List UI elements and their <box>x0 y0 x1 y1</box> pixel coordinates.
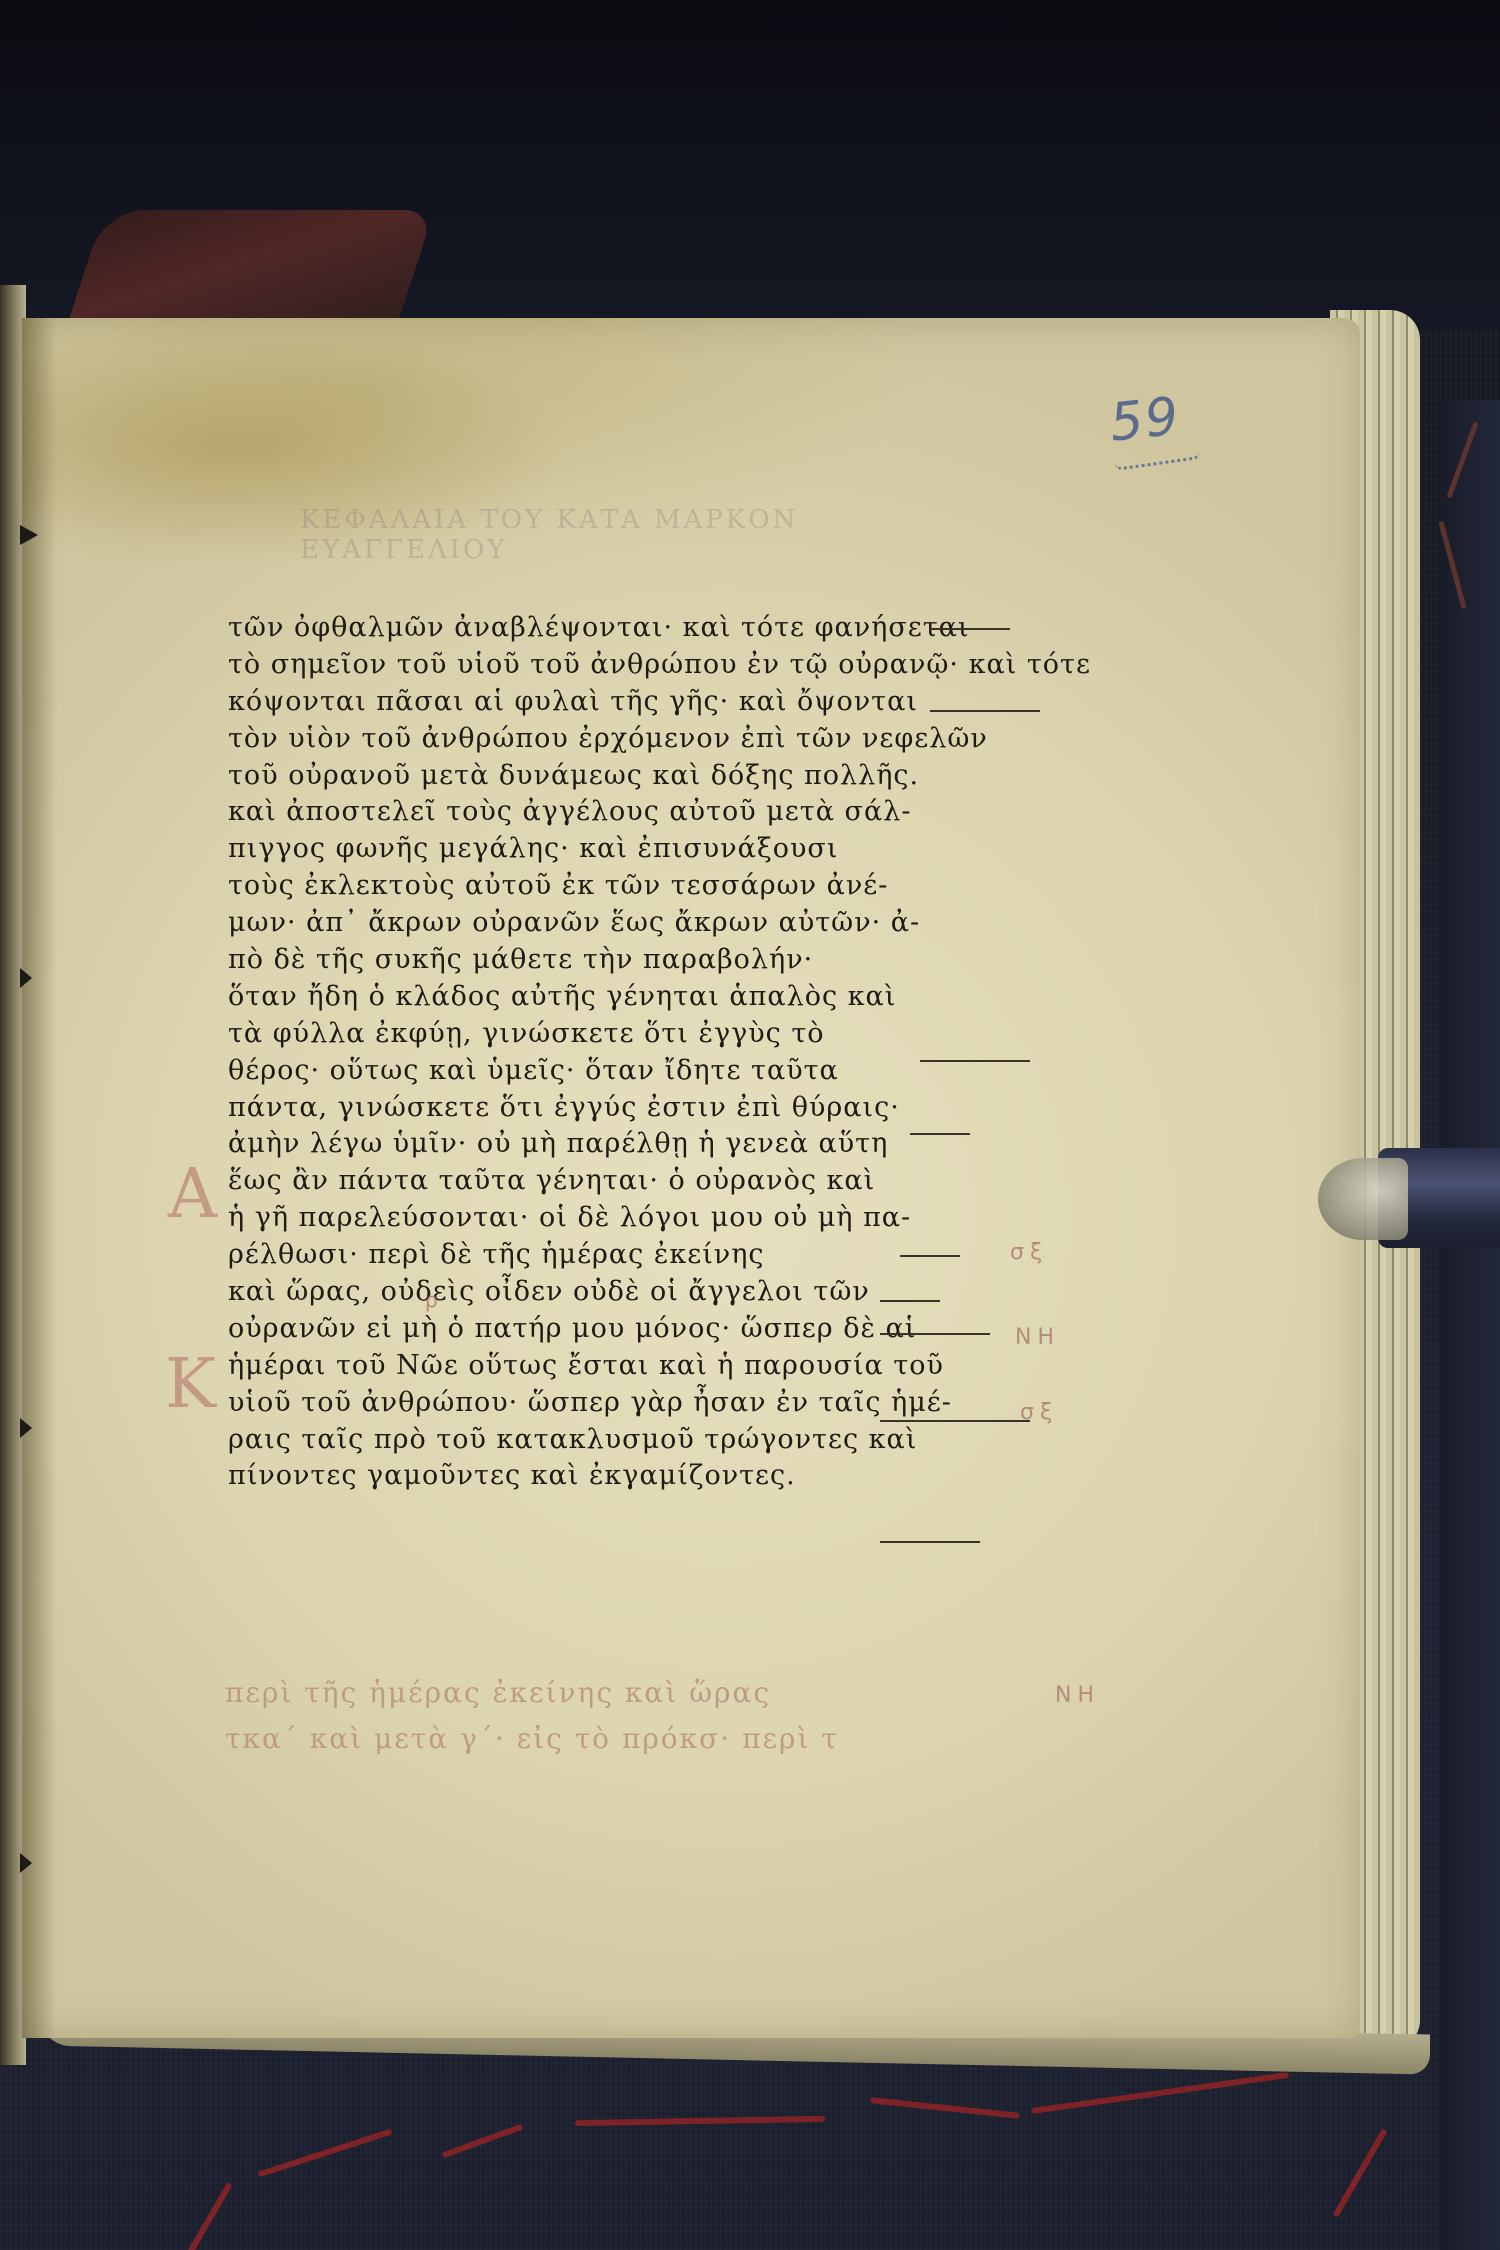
text-line: θέρος· οὕτως καὶ ὑμεῖς· ὅταν ἴδητε ταῦτα <box>228 1053 1048 1090</box>
line-rule <box>900 1255 960 1257</box>
text-line: μων· ἀπ᾽ ἄκρων οὐρανῶν ἕως ἄκρων αὐτῶν· … <box>228 905 1048 942</box>
page-holder-clip <box>1318 1148 1500 1248</box>
gutter-tab-icon <box>20 525 38 545</box>
main-text-block: τῶν ὀφθαλμῶν ἀναβλέψονται· καὶ τότε φανή… <box>228 610 1048 1495</box>
gutter-tab-icon <box>20 968 32 988</box>
text-line: ραις ταῖς πρὸ τοῦ κατακλυσμοῦ τρώγοντες … <box>228 1422 1048 1459</box>
text-line: υἱοῦ τοῦ ἀνθρώπου· ὥσπερ γὰρ ἦσαν ἐν ταῖ… <box>228 1385 1048 1422</box>
line-rule <box>880 1541 980 1543</box>
line-rule <box>880 1333 990 1335</box>
text-line: ἡμέραι τοῦ Νῶε οὕτως ἔσται καὶ ἡ παρουσί… <box>228 1348 1048 1385</box>
folio-number: 59 <box>1107 386 1183 453</box>
line-rule <box>930 710 1040 712</box>
text-line: καὶ ὥρας, οὐδεὶς οἶδεν οὐδὲ οἱ ἄγγελοι τ… <box>228 1274 1048 1311</box>
show-through-text: ΚΕΦΑΛΑΙΑ ΤΟΥ ΚΑΤΑ ΜΑΡΚΟΝ ΕΥΑΓΓΕΛΙΟΥ <box>300 505 940 565</box>
line-rule <box>910 1133 970 1135</box>
rubric-line-1: περὶ τῆς ἡμέρας ἐκείνης καὶ ὥρας <box>225 1676 985 1709</box>
text-line: τὸ σημεῖον τοῦ υἱοῦ τοῦ ἀνθρώπου ἐν τῷ ο… <box>228 647 1048 684</box>
gutter-tab-icon <box>20 1853 32 1873</box>
gutter-tab-icon <box>20 1418 32 1438</box>
red-initial-alpha: Α <box>168 1155 217 1234</box>
margin-note-4: ΝΗ <box>1055 1683 1100 1708</box>
text-line: πάντα, γινώσκετε ὅτι ἐγγύς ἐστιν ἐπὶ θύρ… <box>228 1090 1048 1127</box>
text-line: πὸ δὲ τῆς συκῆς μάθετε τὴν παραβολήν· <box>228 942 1048 979</box>
text-line: τὸν υἱὸν τοῦ ἀνθρώπου ἐρχόμενον ἐπὶ τῶν … <box>228 721 1048 758</box>
gutter-shadow <box>22 318 56 2038</box>
text-line: πιγγος φωνῆς μεγάλης· καὶ ἐπισυνάξουσι <box>228 831 1048 868</box>
text-line: τῶν ὀφθαλμῶν ἀναβλέψονται· καὶ τότε φανή… <box>228 610 1048 647</box>
text-line: ἕως ἂν πάντα ταῦτα γένηται· ὁ οὐρανὸς κα… <box>228 1163 1048 1200</box>
rubric-line-2: τκα΄ καὶ μετὰ γ΄· εἰς τὸ πρόκσ· περὶ τ <box>225 1722 985 1755</box>
text-line: πίνοντες γαμοῦντες καὶ ἐκγαμίζοντες. <box>228 1458 1048 1495</box>
text-line: ὅταν ἤδη ὁ κλάδος αὐτῆς γένηται ἁπαλὸς κ… <box>228 979 1048 1016</box>
textile-background-right <box>1440 400 1500 2250</box>
line-rule <box>880 1420 1030 1422</box>
midline-mark: ρ <box>425 1288 444 1312</box>
red-leather-strap <box>66 210 435 330</box>
line-rule <box>920 1060 1030 1062</box>
text-line: κόψονται πᾶσαι αἱ φυλαὶ τῆς γῆς· καὶ ὄψο… <box>228 684 1048 721</box>
text-line: καὶ ἀποστελεῖ τοὺς ἀγγέλους αὐτοῦ μετὰ σ… <box>228 794 1048 831</box>
margin-note-1: σξ <box>1010 1240 1048 1265</box>
text-line: τὰ φύλλα ἐκφύῃ, γινώσκετε ὅτι ἐγγὺς τὸ <box>228 1016 1048 1053</box>
line-rule <box>930 628 1010 630</box>
text-line: ἀμὴν λέγω ὑμῖν· οὐ μὴ παρέλθῃ ἡ γενεὰ αὕ… <box>228 1126 1048 1163</box>
text-line: οὐρανῶν εἰ μὴ ὁ πατήρ μου μόνος· ὥσπερ δ… <box>228 1311 1048 1348</box>
text-line: τοὺς ἐκλεκτοὺς αὐτοῦ ἐκ τῶν τεσσάρων ἀνέ… <box>228 868 1048 905</box>
margin-note-2: ΝΗ <box>1015 1325 1060 1350</box>
text-line: τοῦ οὐρανοῦ μετὰ δυνάμεως καὶ δόξης πολλ… <box>228 758 1048 795</box>
line-rule <box>880 1300 940 1302</box>
clip-tip <box>1318 1158 1408 1240</box>
red-initial-kappa: Κ <box>165 1345 216 1424</box>
margin-note-3: σξ <box>1020 1400 1058 1425</box>
text-line: ἡ γῆ παρελεύσονται· οἱ δὲ λόγοι μου οὐ μ… <box>228 1200 1048 1237</box>
